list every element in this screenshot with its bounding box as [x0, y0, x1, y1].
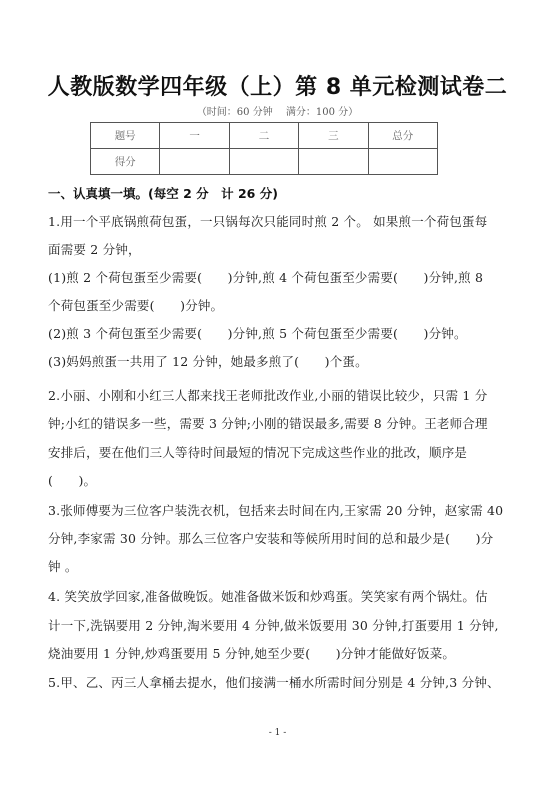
score-field	[229, 149, 298, 175]
question-line: 5.甲、乙、丙三人拿桶去提水，他们接满一桶水所需时间分别是 4 分钟,3 分钟、	[48, 673, 500, 691]
question-line: 面需要 2 分钟，	[48, 240, 141, 258]
table-row-score: 得分	[91, 149, 438, 175]
question-line: (2)煎 3 个荷包蛋至少需要( )分钟,煎 5 个荷包蛋至少需要( )分钟。	[48, 324, 467, 342]
table-row-header: 题号 一 二 三 总分	[91, 123, 438, 149]
question-line: 计一下,洗锅要用 2 分钟,淘米要用 4 分钟,做米饭要用 30 分钟,打蛋要用…	[48, 616, 499, 634]
question-line: 钟 。	[48, 557, 78, 575]
table-cell: 得分	[91, 149, 160, 175]
question-line: (1)煎 2 个荷包蛋至少需要( )分钟,煎 4 个荷包蛋至少需要( )分钟,煎…	[48, 268, 483, 286]
score-field	[160, 149, 229, 175]
section-heading: 一、认真填一填。(每空 2 分 计 26 分)	[48, 184, 278, 202]
question-line: 3.张师傅要为三位客户装洗衣机，包括来去时间在内,王家需 20 分钟，赵家需 4…	[48, 501, 503, 519]
question-line: 2.小丽、小刚和小红三人都来找王老师批改作业,小丽的错误比较少，只需 1 分	[48, 386, 487, 404]
page-title: 人教版数学四年级（上）第 8 单元检测试卷二	[0, 70, 555, 101]
table-cell: 总分	[368, 123, 437, 149]
question-line: 钟;小红的错误多一些，需要 3 分钟;小刚的错误最多,需要 8 分钟。王老师合理	[48, 414, 488, 432]
table-cell: 三	[299, 123, 368, 149]
question-line: 1.用一个平底锅煎荷包蛋，一只锅每次只能同时煎 2 个。 如果煎一个荷包蛋每	[48, 212, 487, 230]
question-line: ( )。	[48, 471, 96, 489]
score-field	[299, 149, 368, 175]
page-number: - 1 -	[0, 728, 555, 738]
question-line: 烧油要用 1 分钟,炒鸡蛋要用 5 分钟,她至少要( )分钟才能做好饭菜。	[48, 644, 455, 662]
table-cell: 题号	[91, 123, 160, 149]
question-line: (3)妈妈煎蛋一共用了 12 分钟，她最多煎了( )个蛋。	[48, 352, 368, 370]
question-line: 4. 笑笑放学回家,准备做晚饭。她准备做米饭和炒鸡蛋。笑笑家有两个锅灶。估	[48, 587, 488, 605]
question-line: 个荷包蛋至少需要( )分钟。	[48, 296, 223, 314]
table-cell: 二	[229, 123, 298, 149]
question-line: 分钟,李家需 30 分钟。那么三位客户安装和等候所用时间的总和最少是( )分	[48, 529, 493, 547]
score-field	[368, 149, 437, 175]
score-table: 题号 一 二 三 总分 得分	[90, 122, 438, 175]
table-cell: 一	[160, 123, 229, 149]
exam-info: （时间：60 分钟 满分：100 分）	[0, 103, 555, 118]
question-line: 安排后，要在他们三人等待时间最短的情况下完成这些作业的批改，顺序是	[48, 443, 467, 461]
